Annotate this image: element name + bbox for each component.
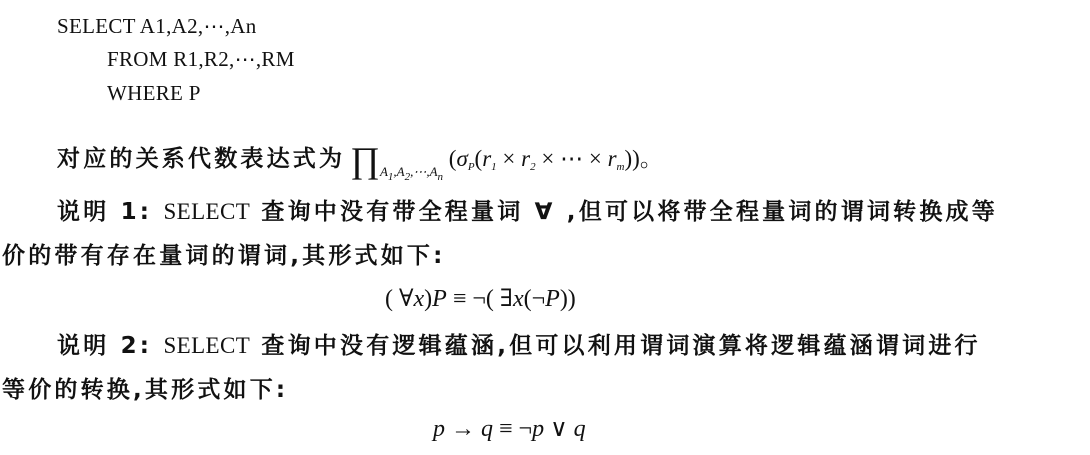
- note1-line1: 说明 1: SELECT 查询中没有带全程量词 ∀ ,但可以将带全程量词的谓词转…: [57, 193, 998, 226]
- note1-formula: ( ∀x)P ≡ ¬( ∃x(¬P)): [385, 284, 576, 313]
- note2-line2: 等价的转换,其形式如下:: [2, 371, 288, 404]
- or-symbol: ∨: [550, 416, 568, 442]
- sql-where-line: WHERE P: [107, 81, 201, 106]
- equivalence-symbol: ≡: [499, 416, 513, 442]
- implication-arrow: →: [451, 416, 475, 442]
- note1-text-cont: 价的带有存在量词的谓词,其形式如下:: [2, 243, 446, 269]
- relational-algebra-line: 对应的关系代数表达式为 ∏A1,A2,⋯,An (σP(r1 × r2 × ⋯ …: [57, 140, 663, 183]
- note2-text-cont: 等价的转换,其形式如下:: [2, 377, 288, 403]
- note2-formula: p → q ≡ ¬p ∨ q: [433, 414, 586, 443]
- exists-symbol: ∃: [500, 286, 513, 312]
- projection-symbol: ∏: [350, 140, 380, 180]
- equivalence-symbol: ≡: [453, 286, 467, 312]
- sql-select-text: SELECT A1,A2,⋯,An: [57, 14, 257, 38]
- relational-algebra-prefix: 对应的关系代数表达式为: [57, 146, 345, 172]
- sql-select-line: SELECT A1,A2,⋯,An: [57, 14, 257, 39]
- note1-text: 查询中没有带全程量词 ∀ ,但可以将带全程量词的谓词转换成等: [261, 199, 998, 225]
- note2-label: 说明 2:: [57, 333, 152, 359]
- note1-keyword: SELECT: [163, 199, 250, 224]
- negation-symbol: ¬: [519, 416, 533, 442]
- sql-where-text: WHERE P: [107, 81, 201, 105]
- sql-from-text: FROM R1,R2,⋯,RM: [107, 47, 295, 71]
- forall-symbol: ∀: [399, 286, 413, 312]
- projection-attributes: A1,A2,⋯,An: [380, 164, 443, 179]
- note2-keyword: SELECT: [163, 333, 250, 358]
- note2-line1: 说明 2: SELECT 查询中没有逻辑蕴涵,但可以利用谓词演算将逻辑蕴涵谓词进…: [57, 327, 981, 360]
- selection-sigma: σ: [456, 146, 467, 171]
- note1-line2: 价的带有存在量词的谓词,其形式如下:: [2, 237, 446, 270]
- relational-algebra-expression: ∏A1,A2,⋯,An (σP(r1 × r2 × ⋯ × rm))。: [350, 146, 663, 171]
- note1-label: 说明 1:: [57, 199, 152, 225]
- sql-from-line: FROM R1,R2,⋯,RM: [107, 47, 295, 72]
- negation-symbol: ¬: [472, 286, 486, 312]
- note2-text: 查询中没有逻辑蕴涵,但可以利用谓词演算将逻辑蕴涵谓词进行: [261, 333, 980, 359]
